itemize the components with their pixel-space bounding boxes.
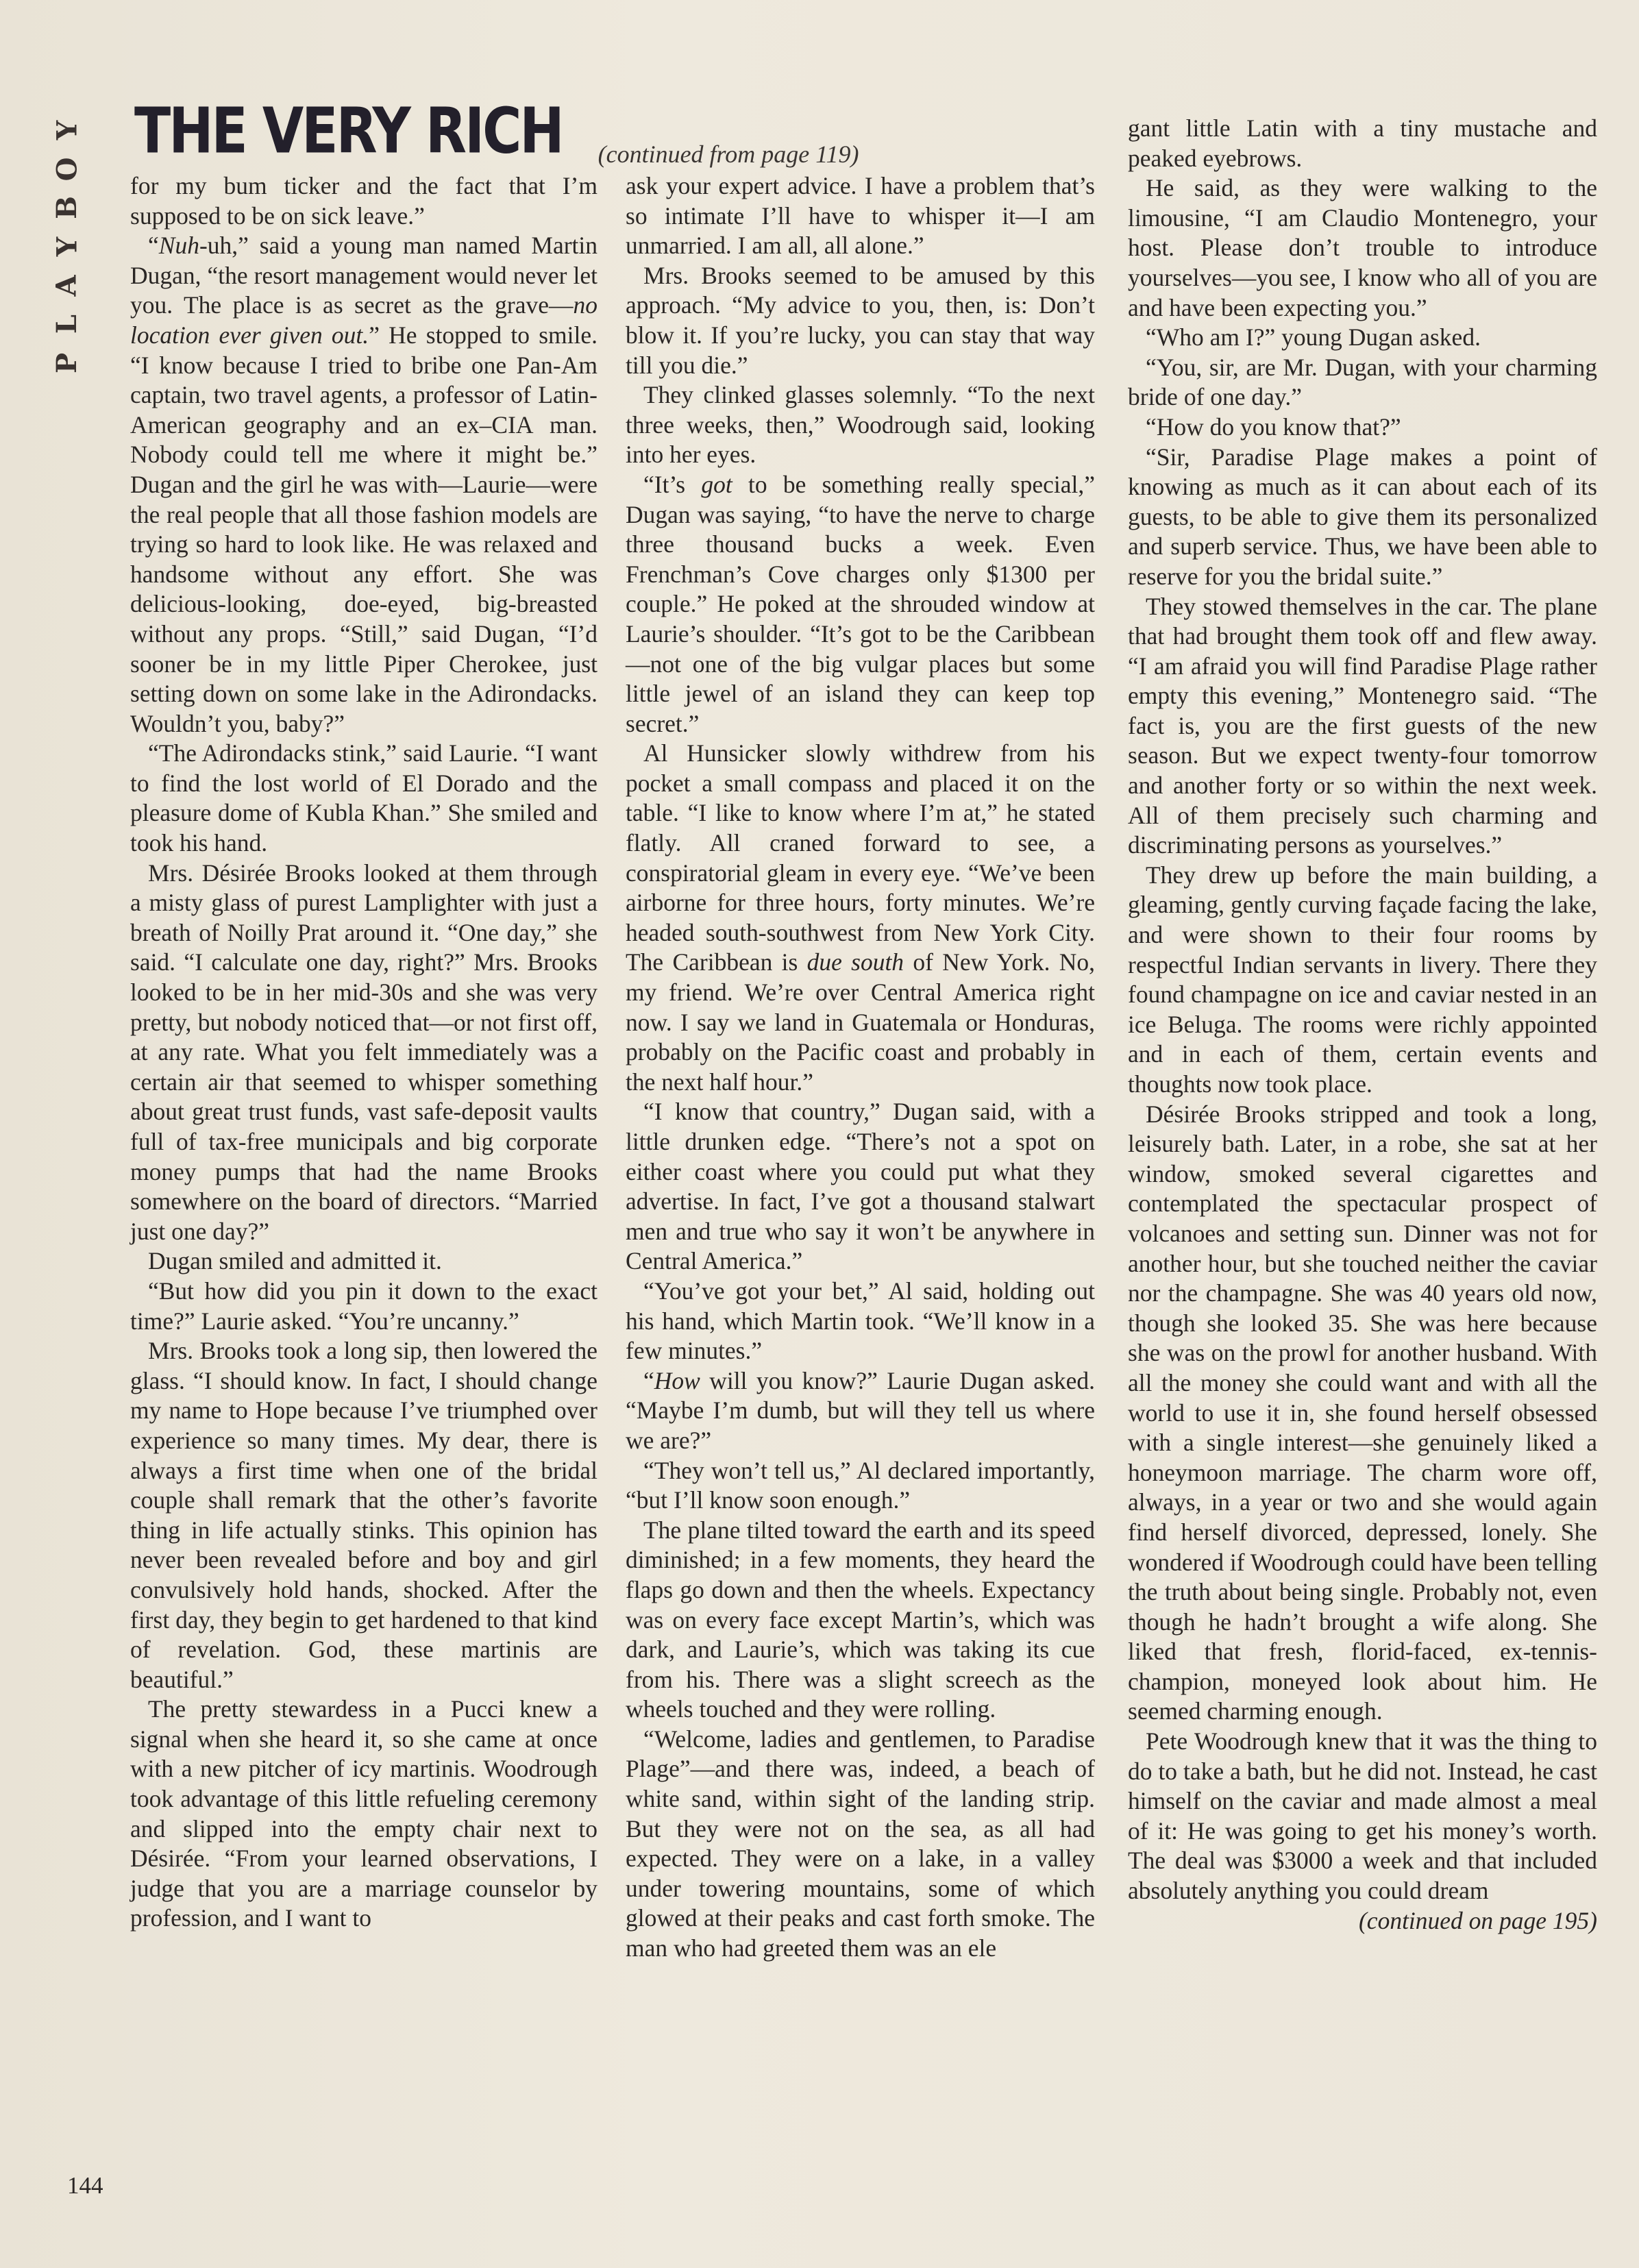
article-paragraph: Désirée Brooks stripped and took a long,…	[1128, 1100, 1597, 1727]
italic-emphasis: Nuh	[159, 232, 199, 259]
article-paragraph: They clinked glasses solemnly. “To the n…	[626, 380, 1095, 470]
magazine-name-letter: Y	[53, 121, 81, 140]
article-paragraph: gant little Latin with a tiny mustache a…	[1128, 114, 1597, 173]
article-paragraph: Mrs. Désirée Brooks looked at them throu…	[130, 859, 597, 1247]
article-paragraph: “But how did you pin it down to the exac…	[130, 1277, 597, 1336]
magazine-name-letter: B	[53, 196, 81, 219]
article-paragraph: for my bum ticker and the fact that I’m …	[130, 171, 597, 231]
magazine-name-letter: P	[53, 353, 81, 373]
article-paragraph: Mrs. Brooks took a long sip, then lowere…	[130, 1336, 597, 1694]
article-paragraph: “You, sir, are Mr. Dugan, with your char…	[1128, 353, 1597, 412]
text-column-3: gant little Latin with a tiny mustache a…	[1128, 114, 1597, 1936]
article-paragraph: “It’s got to be something really spe­cia…	[626, 470, 1095, 739]
continued-from-note: (continued from page 119)	[598, 140, 859, 169]
article-paragraph: “Welcome, ladies and gentlemen, to Parad…	[626, 1725, 1095, 1964]
article-title: THE VERY RICH	[134, 100, 563, 163]
article-paragraph: “They won’t tell us,” Al declared im­por…	[626, 1456, 1095, 1516]
article-header: THE VERY RICH (continued from page 119)	[134, 110, 859, 163]
article-paragraph: The pretty stewardess in a Pucci knew a …	[130, 1694, 597, 1934]
article-paragraph: “Nuh-uh,” said a young man named Martin …	[130, 231, 597, 739]
article-paragraph: He said, as they were walking to the lim…	[1128, 173, 1597, 323]
italic-emphasis: due south	[807, 948, 904, 976]
article-paragraph: “How will you know?” Laurie Dugan asked.…	[626, 1366, 1095, 1456]
magazine-name-vertical: PLAYBOY	[47, 116, 88, 377]
text-column-2: ask your expert advice. I have a prob­le…	[626, 171, 1095, 1964]
magazine-page: PLAYBOY THE VERY RICH (continued from pa…	[0, 0, 1639, 2268]
article-paragraph: They stowed themselves in the car. The p…	[1128, 592, 1597, 861]
article-paragraph: “Who am I?” young Dugan asked.	[1128, 323, 1597, 353]
article-paragraph: Al Hunsicker slowly withdrew from his po…	[626, 739, 1095, 1097]
article-paragraph: “Sir, Paradise Plage makes a point of kn…	[1128, 443, 1597, 592]
article-paragraph: Dugan smiled and admitted it.	[130, 1246, 597, 1277]
magazine-name-letter: A	[53, 275, 81, 296]
text-column-1: for my bum ticker and the fact that I’m …	[130, 171, 597, 1934]
article-paragraph: They drew up before the main build­ing, …	[1128, 861, 1597, 1100]
article-paragraph: “You’ve got your bet,” Al said, hold­ing…	[626, 1277, 1095, 1366]
magazine-name-letter: Y	[53, 237, 81, 257]
magazine-name-letter: L	[53, 315, 81, 334]
article-paragraph: Pete Woodrough knew that it was the thin…	[1128, 1727, 1597, 1906]
article-paragraph: “How do you know that?”	[1128, 412, 1597, 443]
article-paragraph: The plane tilted toward the earth and it…	[626, 1516, 1095, 1725]
article-paragraph: Mrs. Brooks seemed to be amused by this …	[626, 261, 1095, 380]
article-paragraph: “The Adirondacks stink,” said Laurie. “I…	[130, 739, 597, 858]
italic-emphasis: no location ever given out.	[130, 291, 597, 349]
article-paragraph: “I know that country,” Dugan said, with …	[626, 1097, 1095, 1277]
italic-emphasis: got	[701, 471, 732, 498]
continued-on-note: (continued on page 195)	[1128, 1906, 1597, 1936]
page-number: 144	[67, 2172, 103, 2199]
italic-emphasis: How	[654, 1367, 700, 1394]
magazine-name-letter: O	[53, 157, 81, 181]
article-paragraph: ask your expert advice. I have a prob­le…	[626, 171, 1095, 261]
